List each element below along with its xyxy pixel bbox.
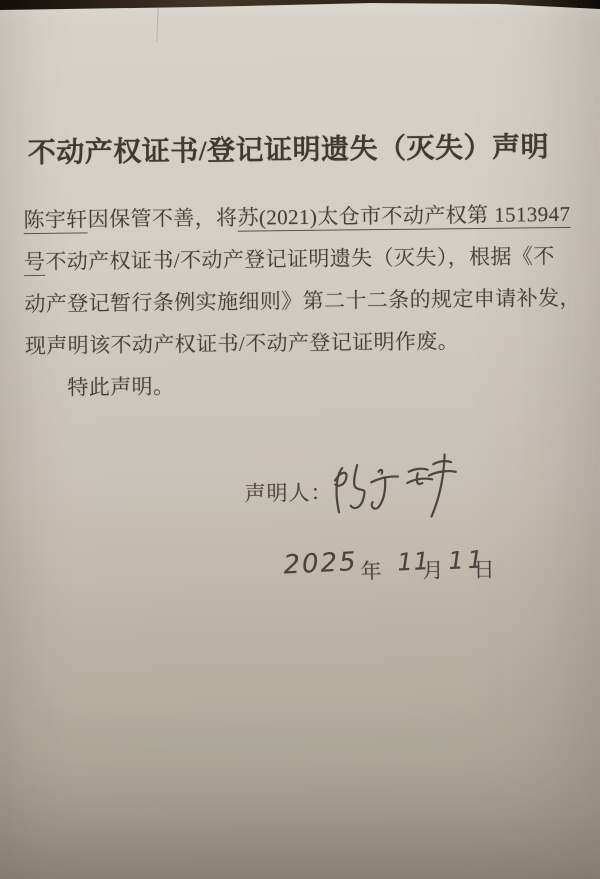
document-paper: 不动产权证书/登记证明遗失（灭失）声明 陈宇轩因保管不善，将苏(2021)太仓市…	[0, 0, 600, 879]
document-title: 不动产权证书/登记证明遗失（灭失）声明	[27, 125, 549, 171]
photo-background: 不动产权证书/登记证明遗失（灭失）声明 陈宇轩因保管不善，将苏(2021)太仓市…	[0, 0, 600, 879]
paragraph-line-2: 号不动产权证书/不动产登记证明遗失（灭失），根据《不	[24, 235, 580, 283]
declaration-paragraph: 陈宇轩因保管不善，将苏(2021)太仓市不动产权第 1513947 号不动产权证…	[23, 193, 581, 409]
document-content: 不动产权证书/登记证明遗失（灭失）声明 陈宇轩因保管不善，将苏(2021)太仓市…	[0, 0, 600, 879]
certificate-number: 苏(2021)太仓市不动产权第 1513947	[237, 202, 570, 232]
line2-text: 不动产权证书/不动产登记证明遗失（灭失），根据《不	[45, 244, 555, 274]
paragraph-line-5: 特此声明。	[25, 361, 581, 409]
owner-name: 陈宇轩	[23, 207, 87, 234]
paragraph-line-1: 陈宇轩因保管不善，将苏(2021)太仓市不动产权第 1513947	[23, 193, 579, 241]
paragraph-line-4: 现声明该不动产权证书/不动产登记证明作废。	[25, 319, 581, 367]
declarant-label: 声明人：	[244, 477, 332, 508]
line4-text: 现声明该不动产权证书/不动产登记证明作废。	[25, 329, 459, 358]
line1-text: 因保管不善，将	[88, 206, 238, 232]
day-unit: 日	[473, 554, 494, 584]
handwritten-year: 2025	[283, 547, 358, 580]
month-unit: 月	[422, 554, 443, 584]
year-unit: 年	[360, 555, 381, 585]
closing-statement: 特此声明。	[67, 374, 174, 399]
paragraph-line-3: 动产登记暂行条例实施细则》第二十二条的规定申请补发，	[24, 277, 580, 325]
line3-text: 动产登记暂行条例实施细则》第二十二条的规定申请补发，	[24, 286, 581, 316]
certificate-number-suffix: 号	[24, 250, 46, 276]
handwritten-signature	[319, 443, 464, 530]
